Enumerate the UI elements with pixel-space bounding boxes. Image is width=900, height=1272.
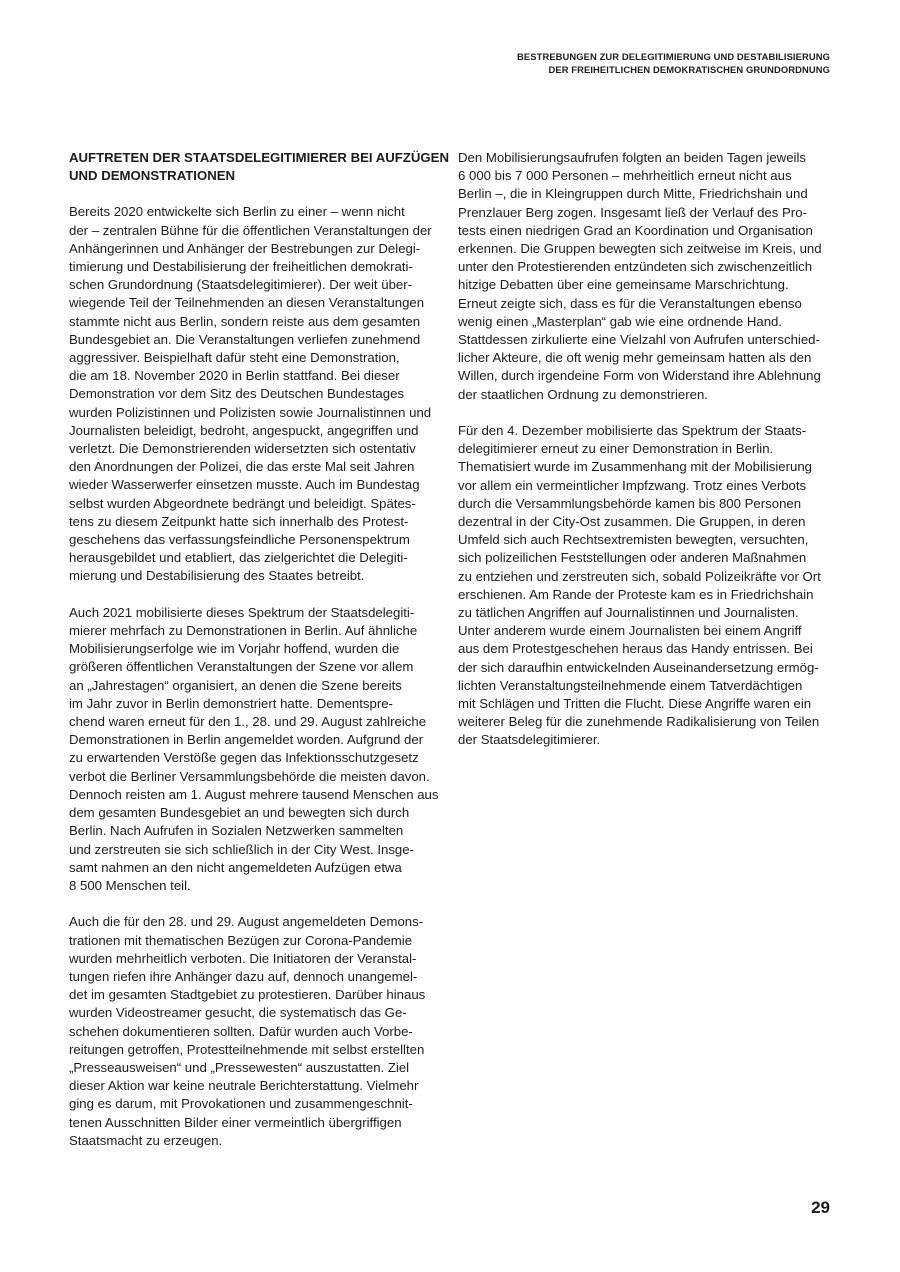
right-column: Den Mobilisierungsaufrufen folgten an be… [458,149,836,768]
running-header-line: BESTREBUNGEN ZUR DELEGITIMIERUNG UND DES… [517,50,830,63]
text-line: chend waren erneut für den 1., 28. und 2… [69,713,447,731]
body-paragraph: Auch 2021 mobilisierte dieses Spektrum d… [69,604,447,895]
text-line: die am 18. November 2020 in Berlin statt… [69,367,447,385]
text-line: erkennen. Die Gruppen bewegten sich zeit… [458,240,836,258]
body-paragraph: Auch die für den 28. und 29. August ange… [69,913,447,1150]
text-line: sich polizeilichen Feststellungen oder a… [458,549,836,567]
text-line: erschienen. Am Rande der Proteste kam es… [458,586,836,604]
text-line: delegitimierer erneut zu einer Demonstra… [458,440,836,458]
text-line: aus dem Protestgeschehen heraus das Hand… [458,640,836,658]
text-line: licher Akteure, die oft wenig mehr gemei… [458,349,836,367]
text-line: Bundesgebiet an. Die Veranstaltungen ver… [69,331,447,349]
body-paragraph: Den Mobilisierungsaufrufen folgten an be… [458,149,836,404]
text-line: zu entziehen und zerstreuten sich, sobal… [458,568,836,586]
text-line: Journalisten beleidigt, bedroht, angespu… [69,422,447,440]
text-line: Thematisiert wurde im Zusammenhang mit d… [458,458,836,476]
text-line: durch die Versammlungsbehörde kamen bis … [458,495,836,513]
text-line: der staatlichen Ordnung zu demonstrieren… [458,386,836,404]
text-line: det im gesamten Stadtgebiet zu protestie… [69,986,447,1004]
body-paragraph: Für den 4. Dezember mobilisierte das Spe… [458,422,836,750]
text-line: Demonstration vor dem Sitz des Deutschen… [69,385,447,403]
text-line: mierung und Destabilisierung des Staates… [69,567,447,585]
running-header-line: DER FREIHEITLICHEN DEMOKRATISCHEN GRUNDO… [517,63,830,76]
text-line: Umfeld sich auch Rechtsextremisten beweg… [458,531,836,549]
text-line: im Jahr zuvor in Berlin demonstriert hat… [69,695,447,713]
text-line: dieser Aktion war keine neutrale Bericht… [69,1077,447,1095]
text-line: lichten Veranstaltungsteilnehmende einem… [458,677,836,695]
text-line: wurden mehrheitlich verboten. Die Initia… [69,950,447,968]
text-line: an „Jahrestagen“ organisiert, an denen d… [69,677,447,695]
text-line: Prenzlauer Berg zogen. Insgesamt ließ de… [458,204,836,222]
text-line: Unter anderem wurde einem Journalisten b… [458,622,836,640]
text-line: schehen dokumentieren sollten. Dafür wur… [69,1023,447,1041]
text-line: Demonstrationen in Berlin angemeldet wor… [69,731,447,749]
text-line: ging es darum, mit Provokationen und zus… [69,1095,447,1113]
text-line: wurden Videostreamer gesucht, die system… [69,1004,447,1022]
text-line: tungen riefen ihre Anhänger dazu auf, de… [69,968,447,986]
text-line: Berlin –, die in Kleingruppen durch Mitt… [458,185,836,203]
text-line: und zerstreuten sie sich schließlich in … [69,841,447,859]
section-heading: AUFTRETEN DER STAATSDELEGITIMIERER BEI A… [69,149,447,185]
body-paragraph: Bereits 2020 entwickelte sich Berlin zu … [69,203,447,585]
text-line: 8 500 Menschen teil. [69,877,447,895]
left-paragraphs: Bereits 2020 entwickelte sich Berlin zu … [69,203,447,1150]
text-line: Dennoch reisten am 1. August mehrere tau… [69,786,447,804]
text-line: mierer mehrfach zu Demonstrationen in Be… [69,622,447,640]
page-number: 29 [811,1198,830,1218]
text-line: geschehens das verfassungsfeindliche Per… [69,531,447,549]
text-line: Den Mobilisierungsaufrufen folgten an be… [458,149,836,167]
text-line: wenig einen „Masterplan“ gab wie eine or… [458,313,836,331]
text-line: zu erwartenden Verstöße gegen das Infekt… [69,749,447,767]
text-line: hitzige Debatten über eine gemeinsame Ma… [458,276,836,294]
text-line: timierung und Destabilisierung der freih… [69,258,447,276]
text-line: samt nahmen an den nicht angemeldeten Au… [69,859,447,877]
text-line: der sich daraufhin entwickelnden Auseina… [458,659,836,677]
text-line: Für den 4. Dezember mobilisierte das Spe… [458,422,836,440]
text-line: trationen mit thematischen Bezügen zur C… [69,932,447,950]
text-line: tens zu diesem Zeitpunkt hatte sich inne… [69,513,447,531]
text-line: Willen, durch irgendeine Form von Widers… [458,367,836,385]
text-line: Erneut zeigte sich, dass es für die Vera… [458,295,836,313]
text-line: Auch 2021 mobilisierte dieses Spektrum d… [69,604,447,622]
text-line: verbot die Berliner Versammlungsbehörde … [69,768,447,786]
text-line: vor allem ein vermeintlicher Impfzwang. … [458,477,836,495]
text-line: größeren öffentlichen Veranstaltungen de… [69,658,447,676]
left-column: AUFTRETEN DER STAATSDELEGITIMIERER BEI A… [69,149,447,1168]
text-line: stammte nicht aus Berlin, sondern reiste… [69,313,447,331]
right-paragraphs: Den Mobilisierungsaufrufen folgten an be… [458,149,836,750]
text-line: herausgebildet und etabliert, das zielge… [69,549,447,567]
text-line: 6 000 bis 7 000 Personen – mehrheitlich … [458,167,836,185]
text-line: den Anordnungen der Polizei, die das ers… [69,458,447,476]
text-line: verletzt. Die Demonstrierenden widersetz… [69,440,447,458]
text-line: wurden Polizistinnen und Polizisten sowi… [69,404,447,422]
text-line: Bereits 2020 entwickelte sich Berlin zu … [69,203,447,221]
running-header: BESTREBUNGEN ZUR DELEGITIMIERUNG UND DES… [517,50,830,76]
text-line: reitungen getroffen, Protestteilnehmende… [69,1041,447,1059]
text-line: Berlin. Nach Aufrufen in Sozialen Netzwe… [69,822,447,840]
text-line: Anhängerinnen und Anhänger der Bestrebun… [69,240,447,258]
text-line: aggressiver. Beispielhaft dafür steht ei… [69,349,447,367]
text-line: Stattdessen zirkulierte eine Vielzahl vo… [458,331,836,349]
text-line: weiterer Beleg für die zunehmende Radika… [458,713,836,731]
text-line: Staatsmacht zu erzeugen. [69,1132,447,1150]
text-line: wieder Wasserwerfer einsetzen musste. Au… [69,476,447,494]
text-line: unter den Protestierenden entzündeten si… [458,258,836,276]
text-line: tests einen niedrigen Grad an Koordinati… [458,222,836,240]
text-line: Auch die für den 28. und 29. August ange… [69,913,447,931]
text-line: zu tätlichen Angriffen auf Journalistinn… [458,604,836,622]
text-line: tenen Ausschnitten Bilder einer vermeint… [69,1114,447,1132]
text-line: wiegende Teil der Teilnehmenden an diese… [69,294,447,312]
text-line: schen Grundordnung (Staatsdelegitimierer… [69,276,447,294]
text-line: der Staatsdelegitimierer. [458,731,836,749]
text-line: „Presseausweisen“ und „Pressewesten“ aus… [69,1059,447,1077]
text-line: mit Schlägen und Tritten die Flucht. Die… [458,695,836,713]
text-line: selbst wurden Abgeordnete bedrängt und b… [69,495,447,513]
text-line: dem gesamten Bundesgebiet an und bewegte… [69,804,447,822]
text-line: Mobilisierungserfolge wie im Vorjahr hof… [69,640,447,658]
text-line: dezentral in der City-Ost zusammen. Die … [458,513,836,531]
text-line: der – zentralen Bühne für die öffentlich… [69,222,447,240]
